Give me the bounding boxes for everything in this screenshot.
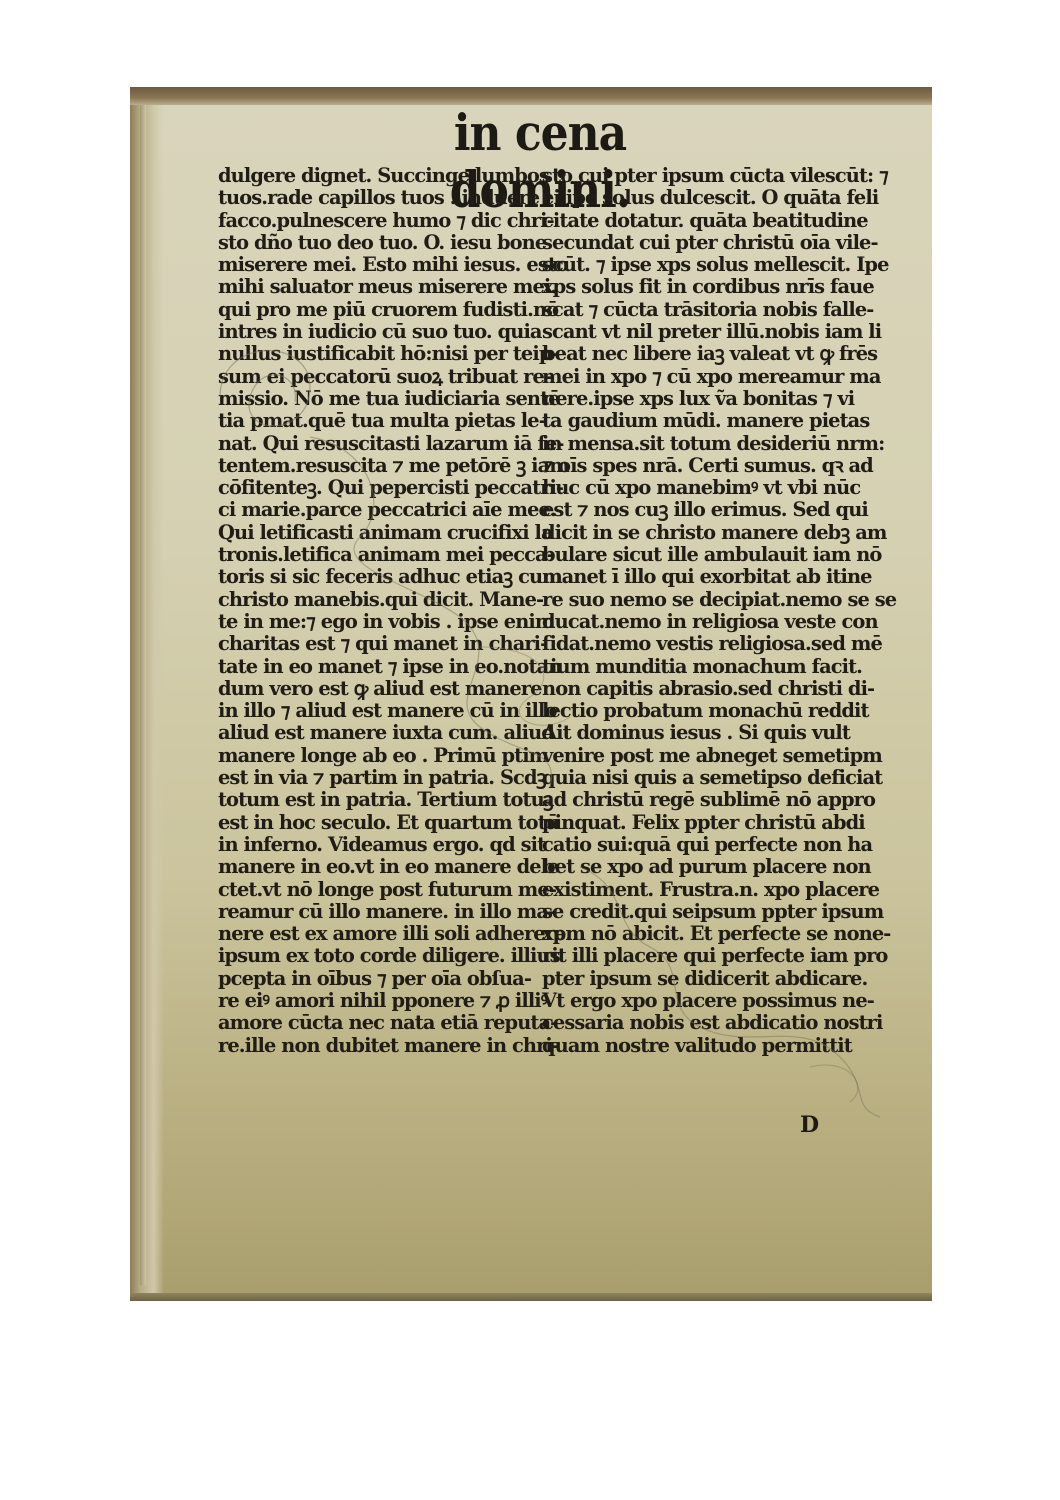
text-line: totum est in patria. Tertium totuꝫ <box>218 789 548 811</box>
text-line: est ⁊ nos cuꝫ illo erimus. Sed qui <box>542 499 874 521</box>
text-line: tentem.resuscita ⁊ me petōrē ꝫ iam <box>218 455 548 477</box>
text-line: quam nostre valitudo permittit <box>542 1035 874 1057</box>
text-line: tuos.rade capillos tuos . induere <box>218 187 548 209</box>
text-column-left: dulgere dignet. Succinge lumbos tuos.rad… <box>218 165 548 1057</box>
text-line: re suo nemo se decipiat.nemo se se <box>542 589 874 611</box>
text-line: cessaria nobis est abdicatio nostri <box>542 1012 874 1034</box>
text-line: secundat cui pter christū oīa vile- <box>542 232 874 254</box>
top-page-edge <box>130 87 932 105</box>
text-line: existiment. Frustra.n. xpo placere <box>542 879 874 901</box>
text-line: catio sui:quā qui perfecte non ha <box>542 834 874 856</box>
text-line: re eiꝰ amori nihil pponere ⁊ ꝓ illiꝰ <box>218 990 548 1012</box>
text-line: intres in iudicio cū suo tuo. quia <box>218 321 548 343</box>
text-line: manere in eo.vt in eo manere dele <box>218 856 548 878</box>
text-line: ipsum ex toto corde diligere. illius <box>218 945 548 967</box>
text-line: se credit.qui seipsum ppter ipsum <box>542 901 874 923</box>
text-line: charitas est ⁊ qui manet in chari- <box>218 633 548 655</box>
text-line: xps solus fit in cordibus nrīs faue <box>542 276 874 298</box>
text-line: scat ⁊ cūcta trāsitoria nobis falle- <box>542 299 874 321</box>
text-line: Qui letificasti animam crucifixi la <box>218 522 548 544</box>
text-line: fidat.nemo vestis religiosa.sed mē <box>542 633 874 655</box>
text-line: scant vt nil preter illū.nobis iam li <box>542 321 874 343</box>
text-line: ci marie.parce peccatrici aīe mee. <box>218 499 548 521</box>
text-line: est in hoc seculo. Et quartum totū <box>218 812 548 834</box>
text-line: quia nisi quis a semetipso deficiat <box>542 767 874 789</box>
text-line: lectio probatum monachū reddit <box>542 700 874 722</box>
text-line: dulgere dignet. Succinge lumbos <box>218 165 548 187</box>
text-line: tronis.letifica animam mei pecca- <box>218 544 548 566</box>
text-line: nullus iustificabit hō:nisi per teip- <box>218 343 548 365</box>
text-line: xpm nō abicit. Et perfecte se none- <box>542 923 874 945</box>
text-line: in mensa.sit totum desideriū nrm: <box>542 433 874 455</box>
text-line: Vt ergo xpo placere possimus ne- <box>542 990 874 1012</box>
text-line: ei ipe solus dulcescit. O quāta feli <box>542 187 874 209</box>
text-line: manet ī illo qui exorbitat ab itine <box>542 566 874 588</box>
text-line: in illo ⁊ aliud est manere cū in illo <box>218 700 548 722</box>
text-line: ctet.vt nō longe post futurum me- <box>218 879 548 901</box>
text-line: sto dño tuo deo tuo. O. iesu bone <box>218 232 548 254</box>
text-line: Ait dominus iesus . Si quis vult <box>542 722 874 744</box>
text-line: tium munditia monachum facit. <box>542 656 874 678</box>
text-line: christo manebis.qui dicit. Mane- <box>218 589 548 611</box>
text-line: facco.pulnescere humo ⁊ dic chri- <box>218 210 548 232</box>
text-line: pinquat. Felix ppter christū abdi <box>542 812 874 834</box>
text-line: ta gaudium mūdi. manere pietas <box>542 410 874 432</box>
text-line: beat nec libere iaꝫ valeat vt ꝙ frēs <box>542 343 874 365</box>
text-line: ducat.nemo in religiosa veste con <box>542 611 874 633</box>
catchword: D <box>800 1112 819 1138</box>
text-line: sum ei peccatorū suoꝝ tribuat re- <box>218 366 548 388</box>
text-line: tate in eo manet ⁊ ipse in eo.notan <box>218 656 548 678</box>
text-line: pter ipsum se didicerit abdicare. <box>542 968 874 990</box>
text-line: ad christū regē sublimē nō appro <box>542 789 874 811</box>
bottom-page-edge <box>130 1293 932 1301</box>
text-line: rit illi placere qui perfecte iam pro <box>542 945 874 967</box>
text-line: re.ille non dubitet manere in chri- <box>218 1035 548 1057</box>
text-line: nere.ipse xps lux ṽa bonitas ⁊ vi <box>542 388 874 410</box>
text-line: pcepta in oībus ⁊ per oīa obſua- <box>218 968 548 990</box>
page-fold <box>140 105 146 1285</box>
text-line: bulare sicut ille ambulauit iam nō <box>542 544 874 566</box>
text-line: bet se xpo ad purum placere non <box>542 856 874 878</box>
text-line: huc cū xpo manebimꝰ vt vbi nūc <box>542 477 874 499</box>
text-column-right: sto cui pter ipsum cūcta vilescūt: ⁊ ei … <box>542 165 874 1057</box>
text-line: manere longe ab eo . Primū ptim <box>218 745 548 767</box>
text-line: missio. Nō me tua iudiciaria sentē <box>218 388 548 410</box>
text-line: non capitis abrasio.sed christi di- <box>542 678 874 700</box>
text-line: aliud est manere iuxta cum. aliud <box>218 722 548 744</box>
binding-shadow <box>130 87 164 1301</box>
text-line: amore cūcta nec nata etiā reputa- <box>218 1012 548 1034</box>
text-line: in inferno. Videamus ergo. qd sit <box>218 834 548 856</box>
text-line: mei in xpo ⁊ cū xpo mereamur ma <box>542 366 874 388</box>
scanned-page: in cena domini. dulgere dignet. Succinge… <box>130 87 932 1301</box>
text-line: toris si sic feceris adhuc etiaꝫ cum <box>218 566 548 588</box>
text-line: venire post me abneget semetipm <box>542 745 874 767</box>
text-line: citate dotatur. quāta beatitudine <box>542 210 874 232</box>
text-line: tia pmat.quē tua multa pietas le- <box>218 410 548 432</box>
text-line: te in me:⁊ ego in vobis . ipse enim <box>218 611 548 633</box>
text-line: dicit in se christo manere debꝫ am <box>542 522 874 544</box>
text-line: dum vero est ꝙ aliud est manere <box>218 678 548 700</box>
text-line: ⁊ oīs spes nrā. Certi sumus. qꝛ ad <box>542 455 874 477</box>
text-line: sto cui pter ipsum cūcta vilescūt: ⁊ <box>542 165 874 187</box>
text-line: mihi saluator meus miserere mei. <box>218 276 548 298</box>
text-line: qui pro me piū cruorem fudisti.nō <box>218 299 548 321</box>
text-line: miserere mei. Esto mihi iesus. esto <box>218 254 548 276</box>
text-line: nat. Qui resuscitasti lazarum iā fe- <box>218 433 548 455</box>
text-line: est in via ⁊ partim in patria. Scdꝫ <box>218 767 548 789</box>
text-line: reamur cū illo manere. in illo ma- <box>218 901 548 923</box>
text-line: nere est ex amore illi soli adherere. <box>218 923 548 945</box>
text-line: scūt. ⁊ ipse xps solus mellescit. Ipe <box>542 254 874 276</box>
text-line: cōfitenteꝫ. Qui pepercisti peccatri- <box>218 477 548 499</box>
